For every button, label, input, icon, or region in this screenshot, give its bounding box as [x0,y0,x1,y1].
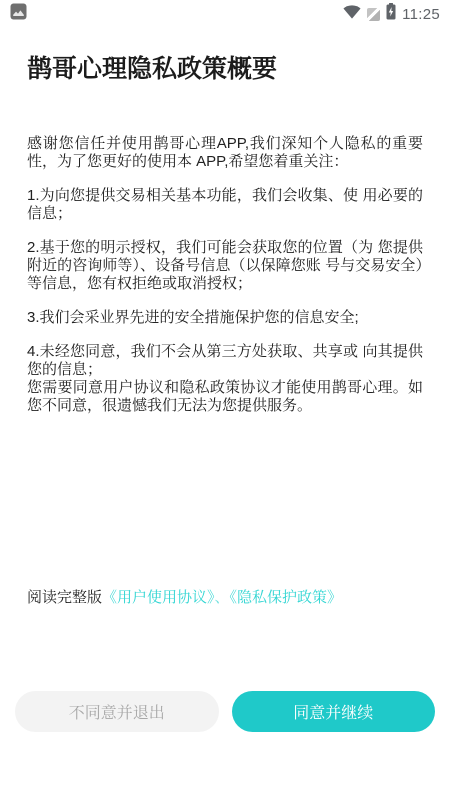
status-bar-left [10,3,27,25]
user-agreement-link[interactable]: 《用户使用协议》 [102,589,215,606]
wifi-icon [343,5,361,24]
privacy-policy-screen: 11:25 鹊哥心理隐私政策概要 感谢您信任并使用鹊哥心理APP,我们深知个人隐… [0,0,450,800]
agreement-links-row: 阅读完整版《用户使用协议》、《隐私保护政策》 [27,589,342,607]
no-sim-icon [367,8,380,21]
policy-item-2: 2.基于您的明示授权，我们可能会获取您的位置（为 您提供附近的咨询师等）、设备号… [27,239,423,293]
status-bar: 11:25 [0,0,450,28]
policy-item-3: 3.我们会采业界先进的安全措施保护您的信息安全; [27,309,423,327]
battery-charging-icon [386,3,396,25]
status-bar-clock: 11:25 [402,6,440,23]
agreement-prefix: 阅读完整版 [27,589,102,606]
page-title: 鹊哥心理隐私政策概要 [27,54,423,85]
action-buttons-row: 不同意并退出 同意并继续 [15,691,435,732]
accept-button[interactable]: 同意并继续 [232,691,436,732]
policy-item-4: 4.未经您同意，我们不会从第三方处获取、共享或 向其提供您的信息； 您需要同意用… [27,343,423,415]
intro-paragraph: 感谢您信任并使用鹊哥心理APP,我们深知个人隐私的重要性，为了您更好的使用本 A… [27,135,423,171]
privacy-policy-link[interactable]: 《隐私保护政策》 [230,589,343,606]
policy-summary-text: 感谢您信任并使用鹊哥心理APP,我们深知个人隐私的重要性，为了您更好的使用本 A… [27,135,423,415]
decline-button[interactable]: 不同意并退出 [15,691,219,732]
image-notification-icon [10,3,27,25]
status-bar-right: 11:25 [343,3,440,25]
link-separator: 、 [215,589,230,606]
policy-item-1: 1.为向您提供交易相关基本功能，我们会收集、使 用必要的信息； [27,187,423,223]
